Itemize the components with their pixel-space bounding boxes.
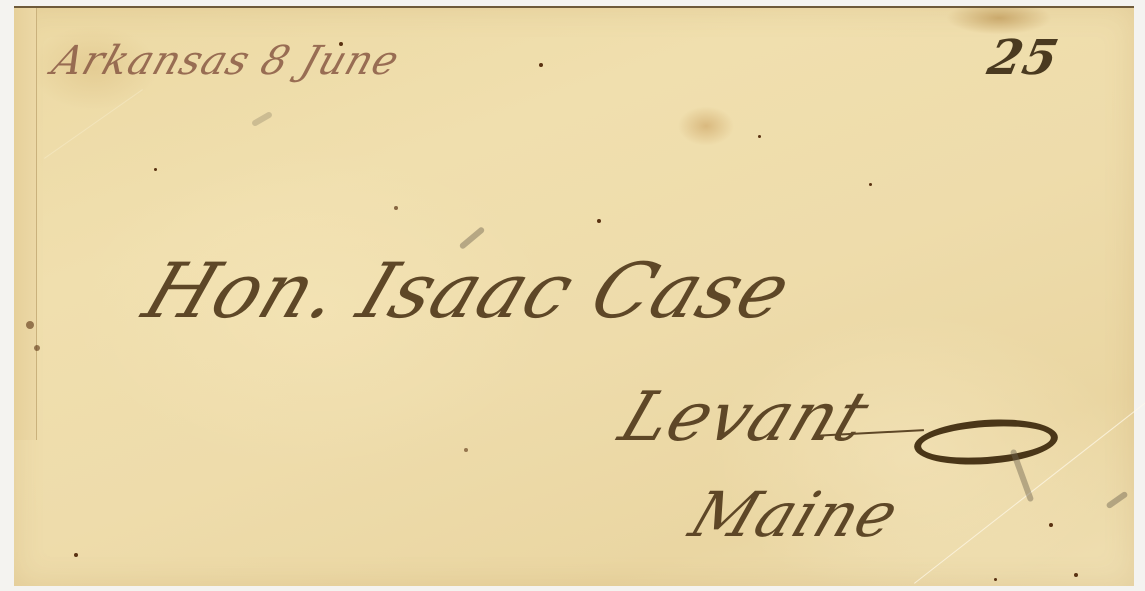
foxing-spot	[154, 168, 157, 171]
envelope-fold-line	[44, 89, 143, 159]
foxing-spot	[597, 219, 601, 223]
foxing-spot	[994, 578, 997, 581]
envelope-cover: Arkansas 8 June 25 Hon. Isaac Case Levan…	[14, 6, 1134, 586]
address-town: Levant	[610, 378, 880, 457]
manuscript-postmark: Arkansas 8 June	[47, 38, 406, 84]
foxing-spot	[26, 321, 34, 329]
addressee-name: Hon. Isaac Case	[133, 246, 804, 335]
address-state: Maine	[681, 478, 909, 551]
foxing-spot	[1049, 523, 1053, 527]
foxing-spot	[339, 42, 343, 46]
foxing-spot	[869, 183, 872, 186]
foxing-spot	[464, 448, 468, 452]
envelope-side-flap	[14, 8, 37, 440]
foxing-spot	[394, 206, 398, 210]
pen-flourish-loop	[913, 415, 1060, 469]
foxing-spot	[539, 63, 543, 67]
foxing-spot	[74, 553, 78, 557]
ink-smudge	[251, 111, 273, 127]
ink-smudge	[1105, 491, 1128, 510]
postage-rate: 25	[983, 30, 1064, 86]
foxing-spot	[758, 135, 761, 138]
foxing-spot	[34, 345, 40, 351]
foxing-spot	[1074, 573, 1078, 577]
